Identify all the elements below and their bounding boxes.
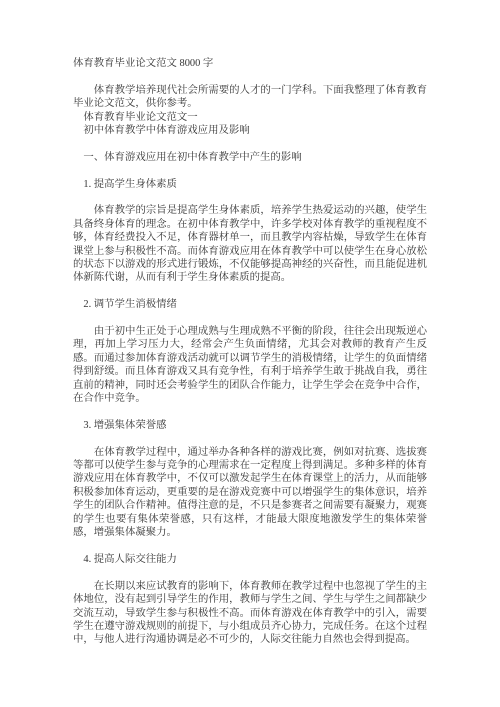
body-paragraph-3: 在体育教学过程中，通过举办各种各样的游戏比赛，例如对抗赛、选拔赛等都可以使学生参… [73, 446, 427, 540]
body-paragraph-4: 在长期以来应试教育的影响下，体育教师在教学过程中也忽视了学生的主体地位，没有起到… [73, 580, 427, 647]
section-heading: 一、体育游戏应用在初中体育教学中产生的影响 [73, 151, 427, 164]
subsection-heading-3: 3. 增强集体荣誉感 [73, 419, 427, 432]
document-title: 体育教育毕业论文范文 8000 字 [73, 57, 427, 70]
document-page: 体育教育毕业论文范文 8000 字 体育教学培养现代社会所需要的人才的一门学科。… [0, 0, 500, 707]
series-line: 体育教育毕业论文范文一 [73, 111, 427, 124]
body-paragraph-2: 由于初中生正处于心理成熟与生理成熟不平衡的阶段，往往会出现叛逆心理，再加上学习压… [73, 325, 427, 405]
article-title-line: 初中体育教学中体育游戏应用及影响 [73, 124, 427, 137]
intro-paragraph: 体育教学培养现代社会所需要的人才的一门学科。下面我整理了体育教育毕业论文范文，供… [73, 84, 427, 111]
subsection-heading-2: 2. 调节学生消极情绪 [73, 298, 427, 311]
subsection-heading-4: 4. 提高人际交往能力 [73, 553, 427, 566]
subsection-heading-1: 1. 提高学生身体素质 [73, 178, 427, 191]
body-paragraph-1: 体育教学的宗旨是提高学生身体素质，培养学生热爱运动的兴趣，使学生具备终身体育的理… [73, 204, 427, 284]
